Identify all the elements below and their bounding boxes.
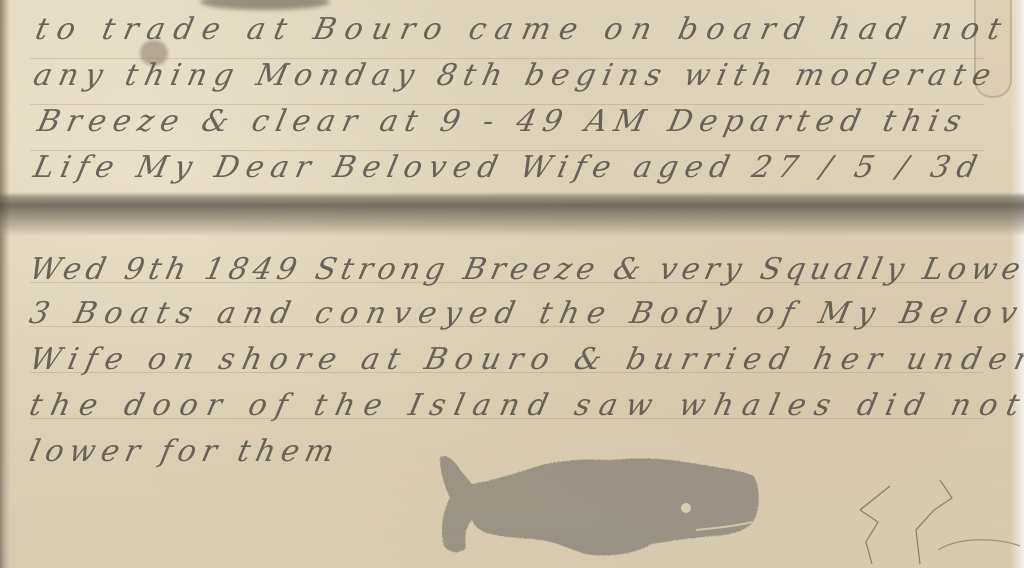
handwritten-line: Wife on shore at Bouro & burried her und… bbox=[26, 342, 1024, 377]
ink-smudge bbox=[200, 0, 330, 10]
handwritten-line: Life My Dear Beloved Wife aged 27 / 5 / … bbox=[30, 150, 987, 185]
handwritten-line: the door of the Island saw whales did no… bbox=[26, 388, 1024, 423]
handwritten-line: 3 Boats and conveyed the Body of My Belo… bbox=[26, 296, 1024, 331]
paper-crack-marks bbox=[820, 480, 1020, 568]
handwritten-line: to trade at Bouro came on board had not … bbox=[32, 12, 1024, 47]
handwritten-line: any thing Monday 8th begins with moderat… bbox=[30, 58, 1001, 93]
handwritten-line: Wed 9th 1849 Strong Breeze & very Squall… bbox=[26, 252, 1024, 287]
page-binding-edge bbox=[0, 0, 10, 568]
water-damage-band bbox=[0, 192, 1024, 236]
logbook-page: to trade at Bouro came on board had not … bbox=[0, 0, 1024, 568]
handwritten-line: Breeze & clear at 9 - 49 AM Departed thi… bbox=[34, 104, 971, 139]
handwritten-line: lower for them bbox=[26, 434, 343, 469]
whale-stamp-icon bbox=[436, 442, 762, 562]
